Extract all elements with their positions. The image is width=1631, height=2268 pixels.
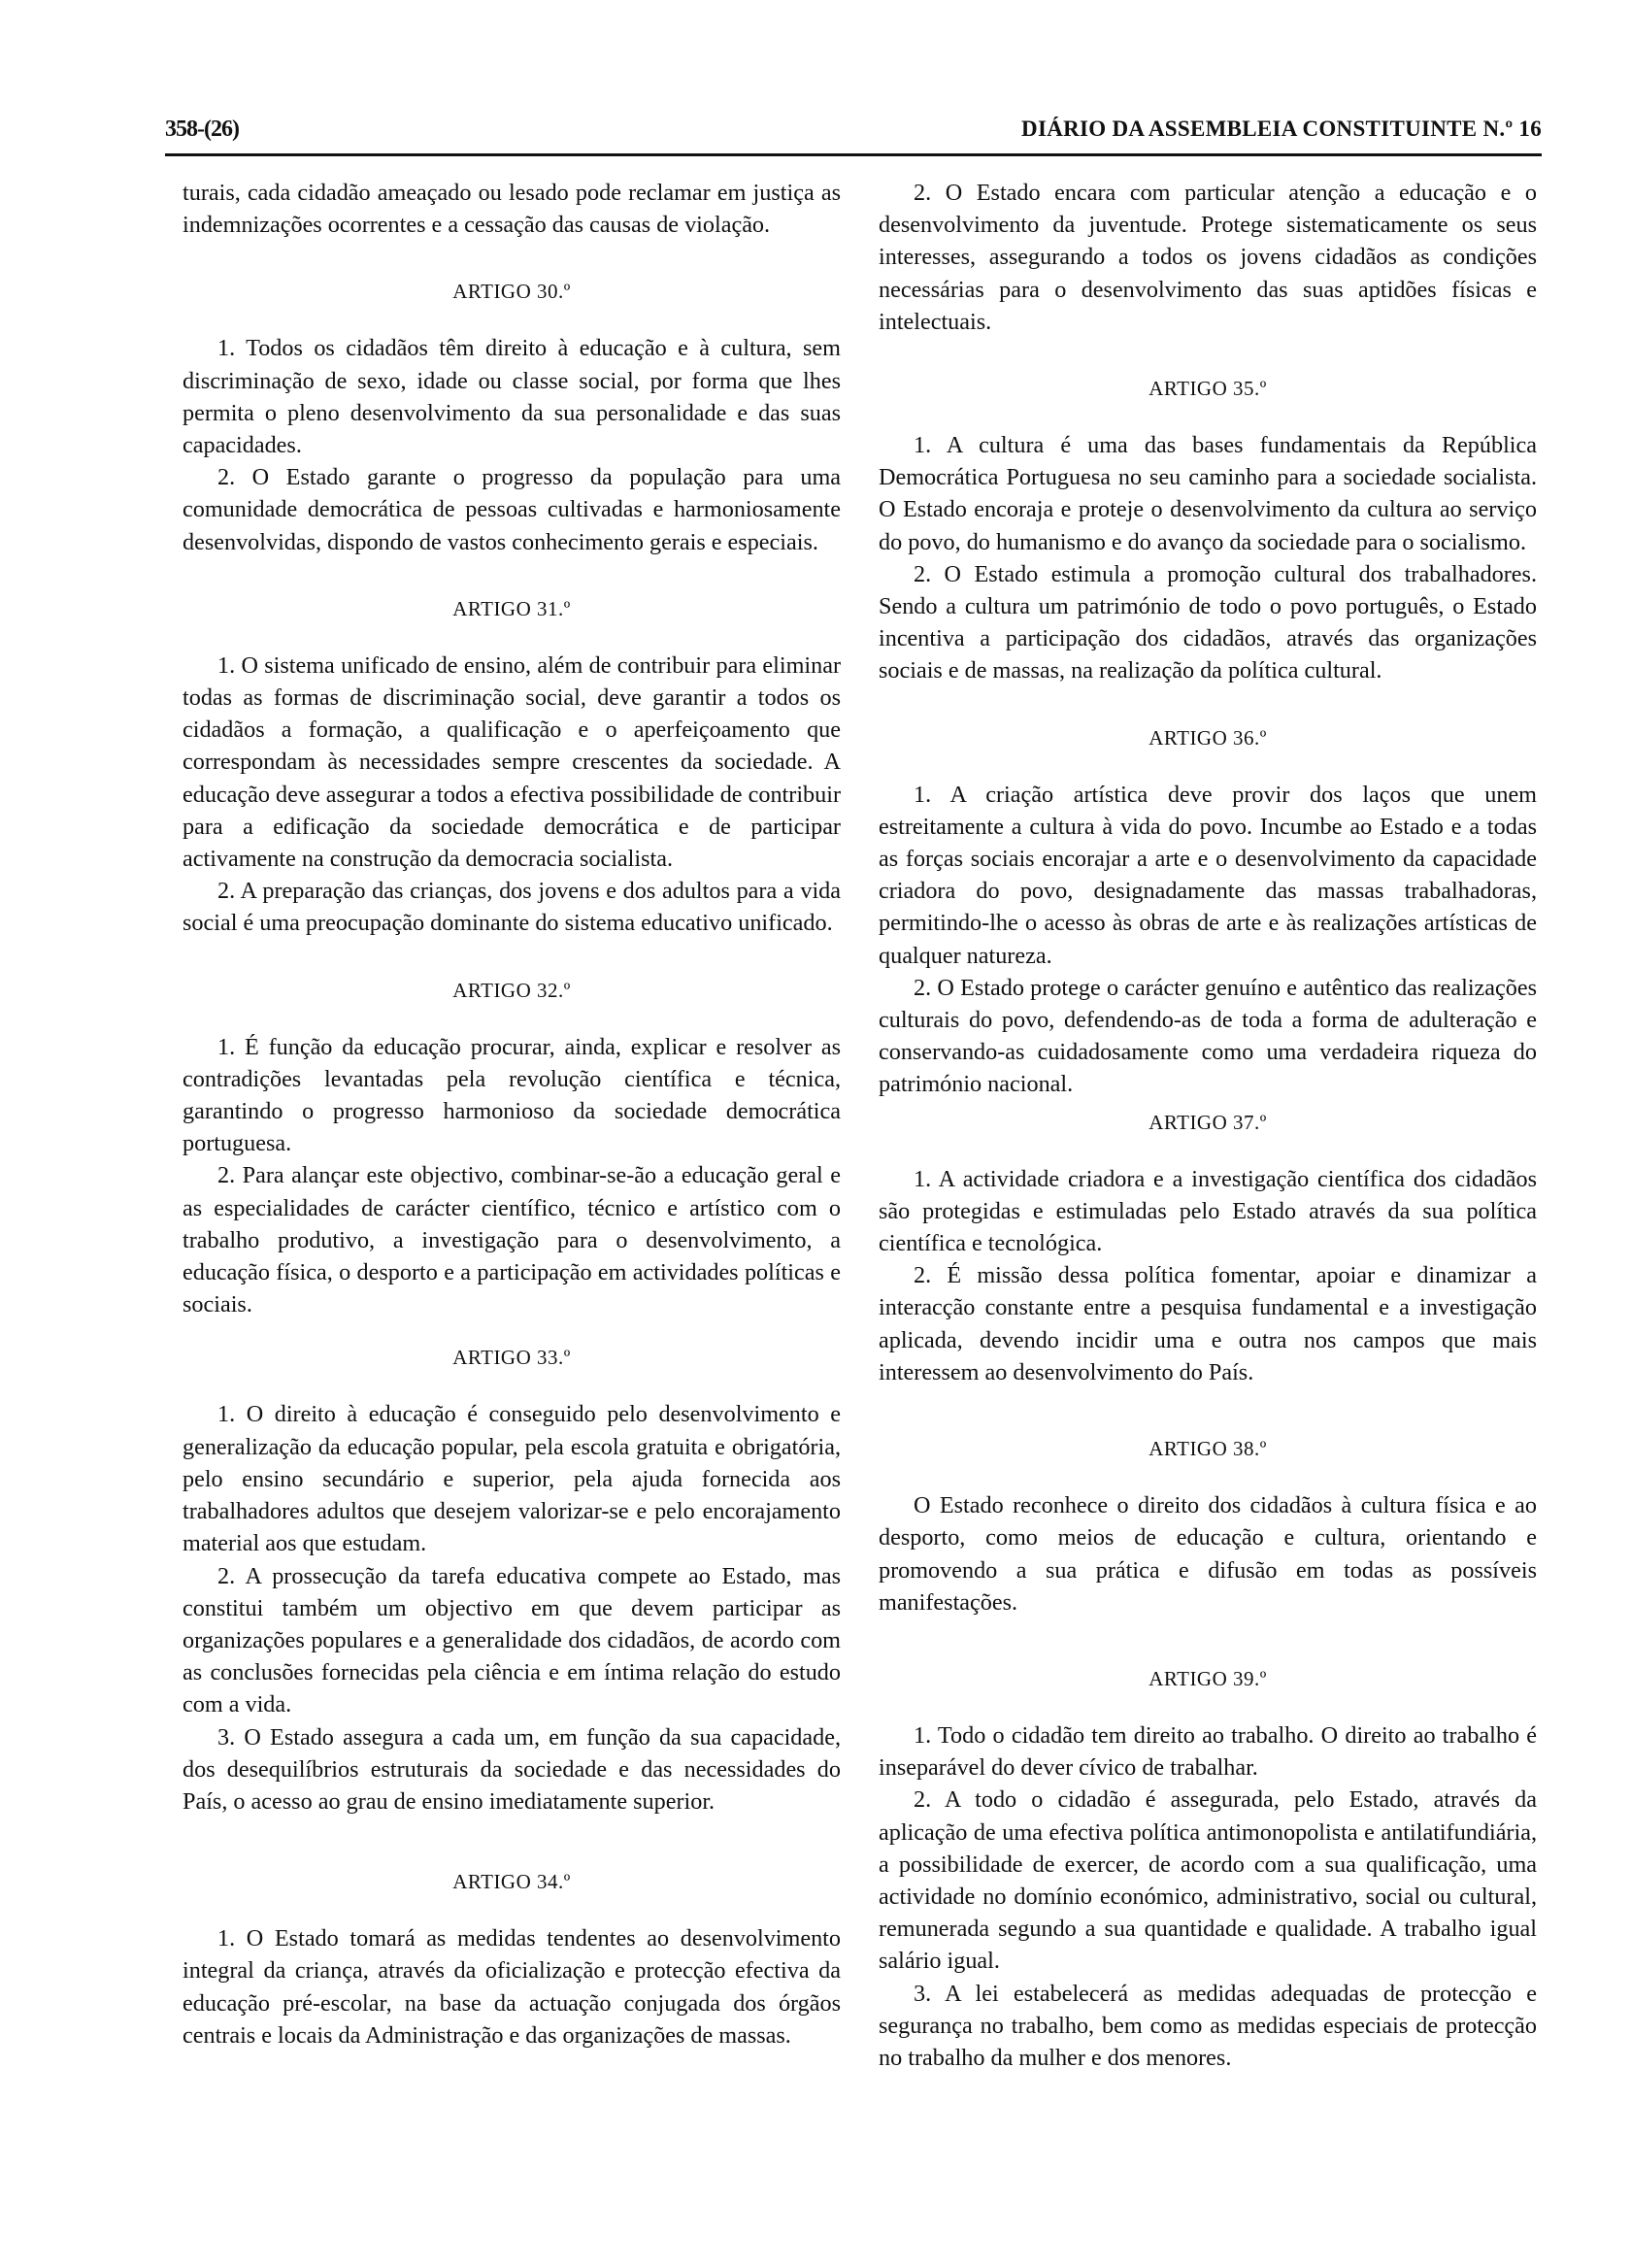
article-36: ARTIGO 36.º 1. A criação artística deve … [879,724,1537,1101]
article-paragraph: 3. A lei estabelecerá as medidas adequad… [879,1978,1537,2075]
article-paragraph: 1. Todo o cidadão tem direito ao trabalh… [879,1719,1537,1784]
article-paragraph: 1. Todos os cidadãos têm direito à educa… [183,332,841,461]
article-paragraph: 2. A prossecução da tarefa educativa com… [183,1560,841,1721]
article-33: ARTIGO 33.º 1. O direito à educação é co… [183,1344,841,1818]
article-heading: ARTIGO 32.º [183,977,841,1004]
article-paragraph: 1. O sistema unificado de ensino, além d… [183,650,841,875]
left-column: turais, cada cidadão ameaçado ou lesado … [183,177,841,2051]
article-heading: ARTIGO 35.º [879,375,1537,402]
article-heading: ARTIGO 38.º [879,1435,1537,1462]
article-paragraph: 1. A cultura é uma das bases fundamentai… [879,429,1537,558]
article-paragraph: 2. O Estado protege o carácter genuíno e… [879,972,1537,1101]
article-paragraph: 2. Para alançar este objectivo, combinar… [183,1159,841,1320]
article-heading: ARTIGO 30.º [183,278,841,305]
article-paragraph: 1. O Estado tomará as medidas tendentes … [183,1922,841,2051]
article-paragraph: 1. É função da educação procurar, ainda,… [183,1031,841,1160]
article-35: ARTIGO 35.º 1. A cultura é uma das bases… [879,375,1537,687]
article-37: ARTIGO 37.º 1. A actividade criadora e a… [879,1109,1537,1388]
article-30: ARTIGO 30.º 1. Todos os cidadãos têm dir… [183,278,841,557]
article-34: ARTIGO 34.º 1. O Estado tomará as medida… [183,1868,841,2051]
article-heading: ARTIGO 34.º [183,1868,841,1895]
article-heading: ARTIGO 39.º [879,1665,1537,1692]
continuation-paragraph: turais, cada cidadão ameaçado ou lesado … [183,177,841,241]
continuation-paragraph: 2. O Estado encara com particular atençã… [879,177,1537,338]
article-paragraph: O Estado reconhece o direito dos cidadão… [879,1489,1537,1618]
article-31: ARTIGO 31.º 1. O sistema unificado de en… [183,595,841,940]
article-heading: ARTIGO 31.º [183,595,841,622]
journal-title: DIÁRIO DA ASSEMBLEIA CONSTITUINTE N.º 16 [1021,117,1542,142]
article-paragraph: 2. A preparação das crianças, dos jovens… [183,875,841,939]
article-heading: ARTIGO 33.º [183,1344,841,1371]
page-number: 358-(26) [165,117,239,143]
article-paragraph: 2. O Estado garante o progresso da popul… [183,461,841,558]
article-39: ARTIGO 39.º 1. Todo o cidadão tem direit… [879,1665,1537,2074]
article-paragraph: 3. O Estado assegura a cada um, em funçã… [183,1721,841,1818]
article-38: ARTIGO 38.º O Estado reconhece o direito… [879,1435,1537,1618]
page-header: 358-(26) DIÁRIO DA ASSEMBLEIA CONSTITUIN… [165,115,1542,156]
article-paragraph: 2. A todo o cidadão é assegurada, pelo E… [879,1784,1537,1977]
article-paragraph: 2. É missão dessa política fomentar, apo… [879,1259,1537,1388]
article-paragraph: 1. A criação artística deve provir dos l… [879,779,1537,972]
article-heading: ARTIGO 37.º [879,1109,1537,1136]
article-paragraph: 1. A actividade criadora e a investigaçã… [879,1163,1537,1260]
article-paragraph: 1. O direito à educação é conseguido pel… [183,1398,841,1559]
article-paragraph: 2. O Estado estimula a promoção cultural… [879,558,1537,687]
article-32: ARTIGO 32.º 1. É função da educação proc… [183,977,841,1321]
article-heading: ARTIGO 36.º [879,724,1537,751]
right-column: 2. O Estado encara com particular atençã… [879,177,1537,2074]
